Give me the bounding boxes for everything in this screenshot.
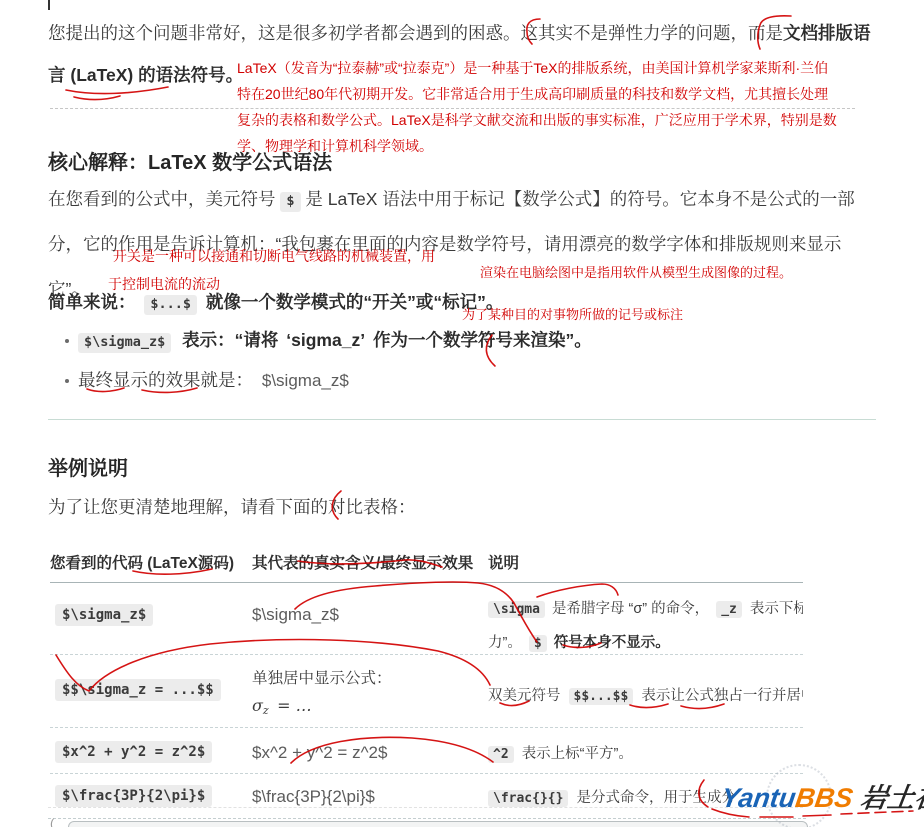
note-text: 力”。	[488, 635, 522, 651]
red-stroke-row1-rise	[537, 584, 618, 597]
table-row-4-render: $\frac{3P}{2\pi}$	[252, 787, 375, 807]
core-para-line-1: 在您看到的公式中，美元符号 $ 是 LaTeX 语法中用于标记【数学公式】的符号…	[48, 188, 855, 212]
double-dollar-chip: $$...$$	[569, 688, 634, 705]
intro-line-1: 您提出的这个问题非常好，这是很多初学者都会遇到的困惑。这其实不是弹性力学的问题，…	[48, 22, 871, 45]
table-row-3-code: $x^2 + y^2 = z^2$	[55, 741, 212, 763]
red-annotation-line: 特在20世纪80年代初期开发。它非常适合用于生成高印刷质量的科技和数学文档，尤其…	[237, 81, 837, 107]
watermark-cn: 岩土在线	[859, 783, 924, 813]
table-row-2-note: 双美元符号 $$...$$ 表示让公式独占一行并居中	[488, 684, 803, 705]
red-underline-latex	[66, 87, 168, 94]
note-text: 表示下标	[750, 601, 803, 617]
table-row-3-note: ^2 表示上标“平方”。	[488, 742, 803, 763]
red-annotation-mark: 为了某种目的对事物所做的记号或标注	[462, 304, 683, 323]
table-row-border	[50, 773, 803, 774]
sigma-subscript: z	[263, 704, 269, 717]
red-annotation-render: 渲染在电脑绘图中是指用软件从模型生成图像的过程。	[480, 262, 792, 281]
core-text: 是 LaTeX 语法中用于标记【数学公式】的符号。它本身不是公式的一部	[305, 189, 854, 209]
bullet1-code: ‘sigma_z’	[286, 330, 365, 350]
bullet2-pre: 最终显示的效果就是：	[78, 370, 253, 390]
bullet-2: 最终显示的效果就是： $\sigma_z$	[78, 369, 349, 392]
table-header-note: 说明	[488, 551, 519, 573]
frac-chip: \frac{}{}	[488, 790, 568, 807]
section-heading-examples: 举例说明	[48, 452, 128, 481]
sigma-cmd-chip: \sigma	[488, 601, 545, 618]
dotted-divider	[50, 108, 855, 109]
table-row-1-note-line-2: 力”。 $ 符号本身不显示。	[488, 631, 803, 652]
core-text: 在您看到的公式中，美元符号	[48, 189, 276, 209]
watermark-bbs: BBS	[794, 783, 855, 813]
bullet1-pre: 表示：“请将	[182, 330, 278, 350]
dollar-pair-chip: $...$	[144, 295, 197, 315]
table-row-border	[50, 727, 803, 728]
watermark-yantu: Yantu	[720, 783, 798, 813]
table-row-1-note-line-1: \sigma 是希腊字母 “σ” 的命令， _z 表示下标	[488, 597, 803, 618]
faint-divider	[48, 807, 803, 808]
dollar-chip: $	[280, 192, 300, 212]
summary-pre: 简单来说：	[48, 292, 136, 312]
section-heading-core: 核心解释：LaTeX 数学公式语法	[48, 146, 332, 175]
bullet1-post: 作为一个数学符号来渲染”。	[373, 330, 592, 350]
note-text: 表示让公式独占一行并居中	[641, 688, 803, 704]
scrollbar-left-cap: (	[50, 816, 54, 827]
sigma-symbol: σ	[252, 696, 263, 715]
code-chip: $\sigma_z$	[55, 604, 153, 626]
section-divider	[48, 419, 876, 420]
note-text: 双美元符号	[488, 688, 561, 704]
note-text: 是希腊字母 “σ” 的命令，	[552, 601, 709, 617]
caret-mark	[48, 0, 50, 10]
red-tick-latex	[74, 96, 120, 100]
table-row-3-render: $x^2 + y^2 = z^2$	[252, 743, 387, 763]
intro-text: 您提出的这个问题非常好，这是很多初学者都会遇到的困惑。这其实不是弹性力学的问题，…	[48, 23, 783, 43]
watermark: YantuBBS岩土在线	[719, 776, 924, 815]
summary-post: 就像一个数学模式的“开关”或“标记”。	[206, 292, 504, 312]
note-text: 表示上标“平方”。	[522, 746, 633, 762]
code-chip: $$\sigma_z = ...$$	[55, 679, 221, 701]
bullet-dot	[65, 379, 69, 383]
red-annotation-latex: LaTeX（发音为“拉泰赫”或“拉泰克”）是一种基于TeX的排版系统，由美国计算…	[237, 55, 837, 159]
math-rest: = …	[277, 696, 312, 715]
summary-line: 简单来说： $...$ 就像一个数学模式的“开关”或“标记”。	[48, 291, 503, 315]
table-header-border	[50, 582, 803, 583]
code-chip: $x^2 + y^2 = z^2$	[55, 741, 212, 763]
red-annotation-line: LaTeX（发音为“拉泰赫”或“拉泰克”）是一种基于TeX的排版系统，由美国计算…	[237, 55, 837, 81]
table-row-1-render: $\sigma_z$	[252, 605, 339, 625]
intro-line-2: 言 (LaTeX) 的语法符号。	[48, 64, 243, 87]
intro-bold: 文档排版语	[783, 23, 871, 43]
examples-intro: 为了让您更清楚地理解，请看下面的对比表格：	[48, 496, 416, 519]
table-row-4-code: $\frac{3P}{2\pi}$	[55, 785, 212, 807]
table-header-meaning: 其代表的真实含义/最终显示效果	[252, 551, 473, 573]
code-chip: $\frac{3P}{2\pi}$	[55, 785, 212, 807]
table-bottom-border	[48, 818, 806, 819]
red-annotation-line: 复杂的表格和数学公式。LaTeX是科学文献交流和出版的事实标准，广泛应用于学术界…	[237, 107, 837, 133]
red-annotation-switch-1: 开关是一种可以接通和切断电气线路的机械装置，用	[113, 246, 435, 266]
note-text: 是分式命令，用于生成分	[576, 790, 736, 806]
table-header-code: 您看到的代码 (LaTeX源码)	[50, 551, 234, 573]
horizontal-scrollbar[interactable]	[68, 821, 808, 827]
table-row-2-math: σz = …	[252, 696, 312, 717]
bullet-1: $\sigma_z$ 表示：“请将 ‘sigma_z’ 作为一个数学符号来渲染”…	[78, 329, 592, 353]
document-page: 您提出的这个问题非常好，这是很多初学者都会遇到的困惑。这其实不是弹性力学的问题，…	[0, 0, 924, 827]
bullet2-latex: $\sigma_z$	[262, 371, 349, 390]
table-row-border	[50, 654, 803, 655]
superscript-chip: ^2	[488, 746, 514, 763]
note-bold: 符号本身不显示。	[554, 635, 670, 651]
table-row-2-caption: 单独居中显示公式：	[252, 666, 392, 688]
sigma-code-chip: $\sigma_z$	[78, 333, 171, 353]
bullet-dot	[65, 339, 69, 343]
subscript-chip: _z	[716, 601, 742, 618]
table-row-2-code: $$\sigma_z = ...$$	[55, 679, 221, 701]
dollar-chip: $	[529, 635, 547, 652]
table-row-1-code: $\sigma_z$	[55, 604, 153, 626]
